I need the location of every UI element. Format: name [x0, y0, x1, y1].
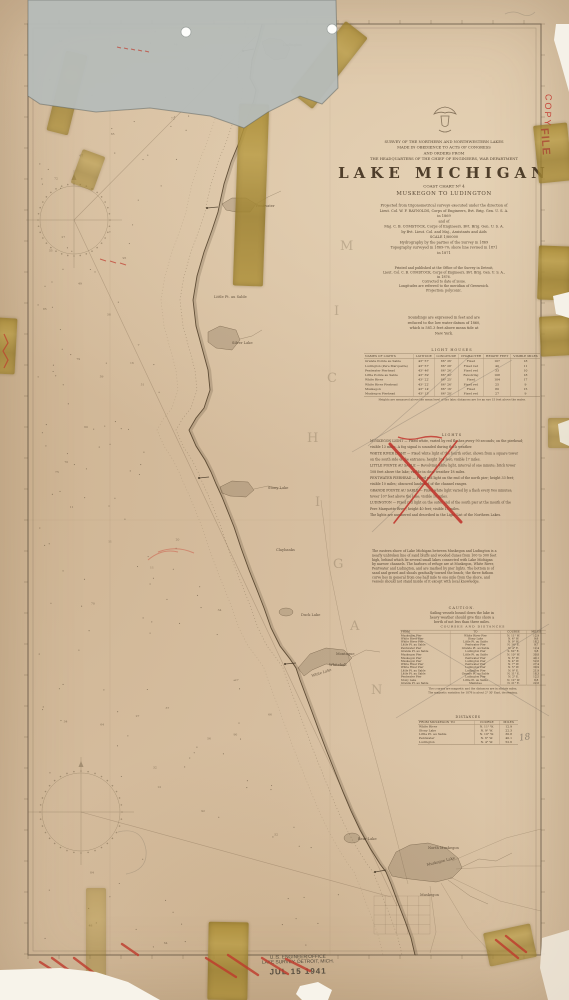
svg-text:11: 11: [108, 540, 112, 544]
svg-text:Whitehall: Whitehall: [329, 663, 347, 667]
svg-text:12: 12: [157, 785, 161, 789]
svg-text:70: 70: [91, 602, 95, 606]
svg-text:65: 65: [111, 132, 115, 136]
tape-vertical-top: [233, 104, 269, 287]
courses-table: FROMTOCOURSEMILESMuskegon PierWhite Rive…: [400, 630, 546, 685]
svg-text:70: 70: [64, 460, 68, 464]
stamp-date: JUL 15 1941: [228, 966, 368, 977]
svg-text:38: 38: [107, 312, 111, 316]
svg-text:72: 72: [171, 116, 175, 120]
svg-text:G: G: [333, 557, 343, 572]
svg-text:Little Pt. au Sable: Little Pt. au Sable: [214, 295, 247, 299]
chart-range: MUSKEGON TO LUDINGTON: [310, 191, 569, 201]
svg-text:95: 95: [123, 256, 127, 260]
svg-text:64: 64: [100, 722, 104, 726]
svg-text:Muskegon: Muskegon: [420, 893, 440, 897]
svg-text:90: 90: [233, 733, 237, 737]
svg-text:12: 12: [185, 67, 189, 71]
tape-left-edge: [0, 318, 17, 375]
svg-text:34: 34: [64, 720, 68, 724]
svg-text:66: 66: [268, 713, 272, 717]
tape-bottom-right: [483, 923, 537, 966]
svg-text:H: H: [307, 431, 318, 446]
svg-text:Montague: Montague: [336, 652, 355, 656]
lighthouse-table-footnote: Heights are measured above the mean leve…: [364, 398, 540, 401]
svg-text:59: 59: [100, 375, 104, 379]
svg-text:51: 51: [141, 382, 145, 386]
tape-diagonal-left: [46, 51, 87, 136]
svg-text:79: 79: [76, 357, 80, 361]
svg-text:Duck Lake: Duck Lake: [301, 613, 320, 617]
svg-text:56: 56: [207, 736, 211, 740]
svg-text:A: A: [349, 619, 360, 634]
svg-text:68: 68: [59, 39, 63, 43]
stamp-line-2: LAKE SURVEY, DETROIT, MICH.: [242, 959, 354, 966]
svg-text:84: 84: [90, 870, 94, 874]
svg-text:72: 72: [54, 176, 58, 180]
svg-text:37: 37: [165, 706, 169, 710]
svg-text:North Muskegon: North Muskegon: [428, 846, 460, 850]
tape-right-small: [548, 418, 569, 448]
svg-text:Stony Lake: Stony Lake: [268, 486, 288, 490]
tape-right-middle: [537, 245, 569, 300]
svg-text:Ludington: Ludington: [283, 43, 302, 47]
distance-table-title: DISTANCES: [418, 715, 518, 719]
svg-text:White Lake: White Lake: [311, 668, 332, 678]
svg-text:33: 33: [49, 248, 53, 252]
svg-text:16: 16: [130, 361, 134, 365]
svg-text:Muskegon Lake: Muskegon Lake: [426, 856, 455, 867]
svg-text:46: 46: [174, 43, 178, 47]
tape-compass-fragment: [71, 149, 106, 191]
svg-text:Silver Lake: Silver Lake: [232, 341, 253, 345]
tape-bottom-left: [86, 888, 106, 1000]
courses-table-title: COURSES AND DISTANCES: [400, 625, 546, 629]
svg-text:49: 49: [78, 281, 82, 285]
svg-text:32: 32: [153, 765, 157, 769]
svg-text:27: 27: [136, 714, 140, 718]
svg-text:27: 27: [235, 678, 239, 682]
svg-text:7: 7: [138, 343, 140, 347]
tape-diagonal-top-center: [290, 21, 367, 109]
svg-text:27: 27: [61, 235, 65, 239]
svg-text:85: 85: [43, 307, 47, 311]
lighthouse-table-title: LIGHT HOUSES: [364, 348, 540, 352]
tape-right-lower: [539, 315, 569, 357]
issue-lines: Printed and published at the Office of t…: [330, 266, 558, 321]
pencil-annotation-18: 18: [518, 732, 531, 743]
distance-table: FROM MUSKEGON TOCOURSEMILESWhite RiverN.…: [418, 720, 518, 745]
chart-sheet: 1266685684461170118520389237902734725227…: [0, 0, 569, 1000]
received-stamp: U. S. ENGINEER OFFICE LAKE SURVEY, DETRO…: [228, 954, 368, 977]
svg-text:20: 20: [176, 537, 180, 541]
svg-text:C: C: [327, 371, 337, 386]
lighthouse-table: NAMES OF LIGHTSLATITUDELONGITUDECHARACTE…: [364, 354, 540, 397]
svg-text:11: 11: [70, 505, 74, 509]
svg-text:Bear Lake: Bear Lake: [358, 837, 377, 841]
copy-stamp: COPY: [542, 94, 553, 128]
svg-text:11: 11: [150, 565, 154, 569]
svg-text:60: 60: [84, 425, 88, 429]
svg-text:N: N: [371, 683, 382, 698]
chart-title: LAKE MICHIGAN: [310, 164, 569, 182]
file-stamp: FILE: [538, 128, 552, 157]
svg-text:75: 75: [55, 470, 59, 474]
distance-table-block: DISTANCES FROM MUSKEGON TOCOURSEMILESWhi…: [418, 715, 518, 775]
svg-text:34: 34: [218, 608, 222, 612]
svg-text:92: 92: [201, 809, 205, 813]
svg-text:Claybanks: Claybanks: [276, 548, 295, 552]
caution-heading: CAUTION.: [404, 606, 520, 610]
svg-text:I: I: [315, 495, 320, 510]
lights-heading: LIGHTS: [370, 433, 534, 437]
svg-text:64: 64: [164, 941, 168, 945]
svg-text:52: 52: [274, 833, 278, 837]
eagle-emblem: [431, 102, 459, 138]
